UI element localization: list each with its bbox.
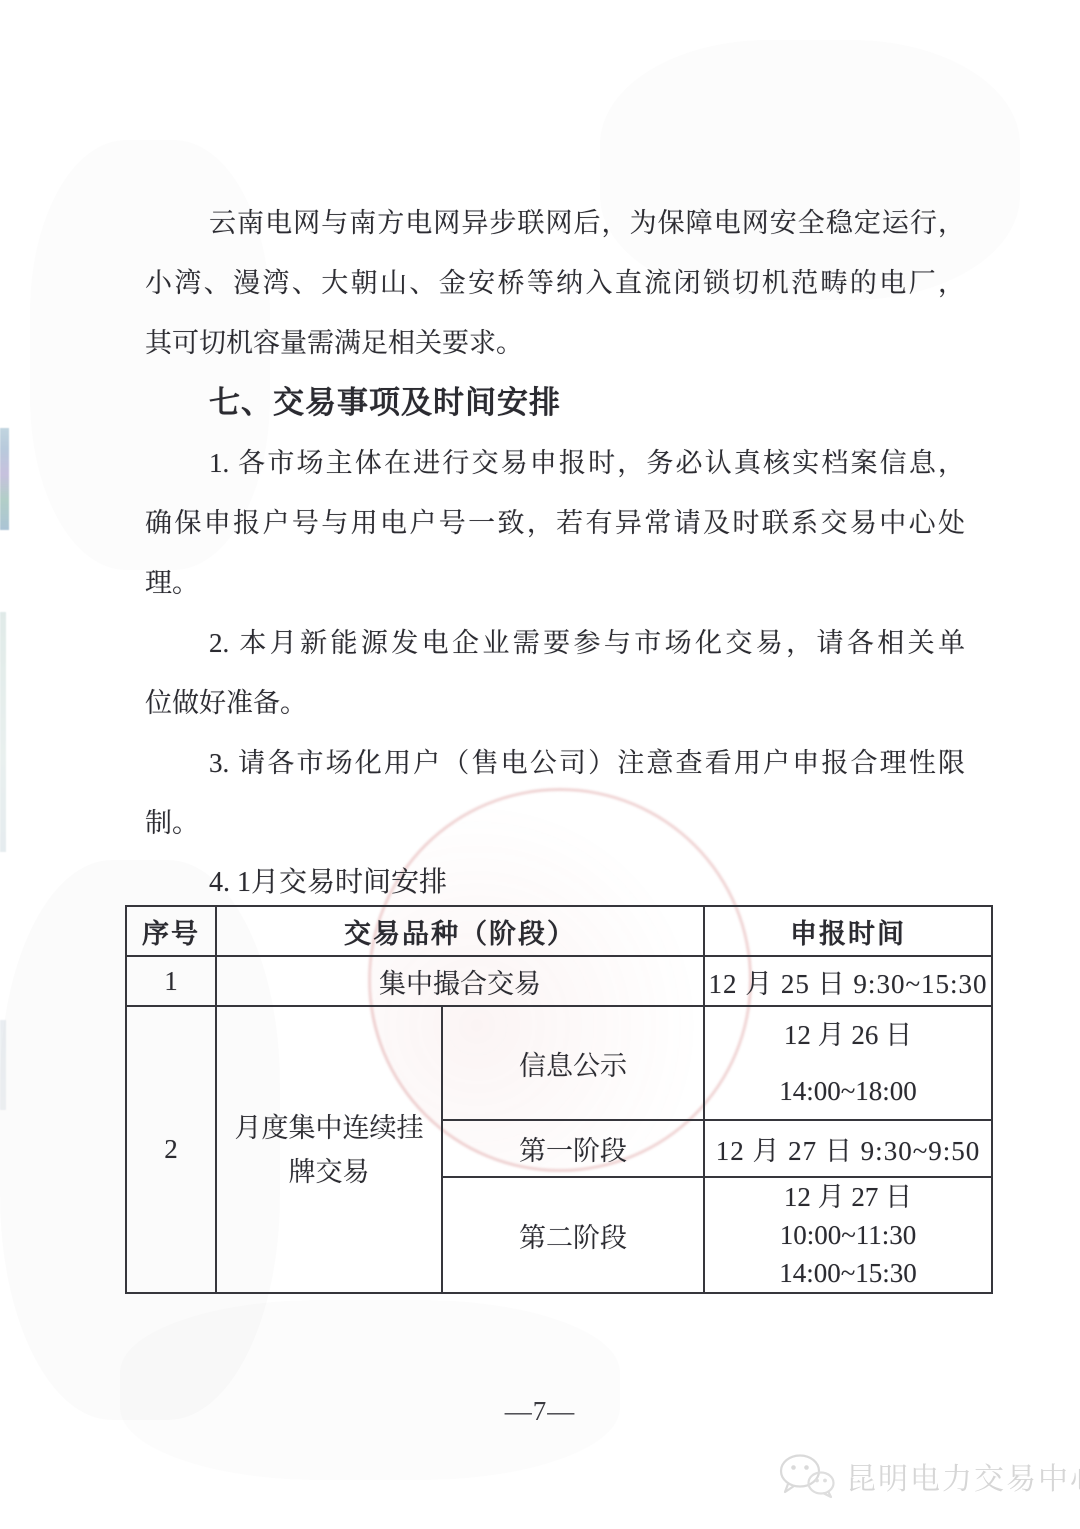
list-item-line: 制。: [145, 793, 965, 853]
list-item-line: 2. 本月新能源发电企业需要参与市场化交易，请各相关单: [145, 613, 965, 673]
table-header-row: 序号 交易品种（阶段） 申报时间: [126, 906, 992, 956]
cell-variety: 月度集中连续挂牌交易: [216, 1006, 442, 1293]
cell-time: 12 月 25 日 9:30~15:30: [704, 956, 992, 1006]
section-heading: 七、交易事项及时间安排: [145, 373, 965, 433]
scan-noise-patch: [120, 1300, 620, 1480]
watermark-logo: 昆明电力交易中心: [778, 1452, 1080, 1500]
paragraph-line: 其可切机容量需满足相关要求。: [145, 313, 965, 373]
table-caption: 4. 1月交易时间安排: [145, 853, 965, 913]
wechat-icon: [778, 1452, 836, 1500]
list-item-line: 位做好准备。: [145, 673, 965, 733]
time-line: 12 月 27 日: [705, 1178, 991, 1216]
table-row: 1 集中撮合交易 12 月 25 日 9:30~15:30: [126, 956, 992, 1006]
header-cell-index: 序号: [126, 906, 216, 956]
time-line: 10:00~11:30: [705, 1216, 991, 1254]
page-number: —7—: [0, 1396, 1080, 1427]
list-item-line: 1. 各市场主体在进行交易申报时，务必认真核实档案信息，: [145, 433, 965, 493]
scanned-document-page: 云南电网与南方电网异步联网后，为保障电网安全稳定运行， 小湾、漫湾、大朝山、金安…: [0, 0, 1080, 1529]
header-cell-time: 申报时间: [704, 906, 992, 956]
list-item-line: 3. 请各市场化用户（售电公司）注意查看用户申报合理性限: [145, 733, 965, 793]
cell-stage: 第二阶段: [442, 1177, 704, 1293]
time-line: 12 月 26 日: [705, 1007, 991, 1063]
cell-stage: 信息公示: [442, 1006, 704, 1120]
list-item-line: 确保申报户号与用电户号一致，若有异常请及时联系交易中心处: [145, 493, 965, 553]
cell-time: 12 月 27 日 9:30~9:50: [704, 1120, 992, 1177]
scanner-edge-artifact: [0, 612, 6, 852]
trading-schedule-table: 序号 交易品种（阶段） 申报时间 1 集中撮合交易 12 月 25 日 9:30…: [125, 905, 993, 1294]
cell-stage: 第一阶段: [442, 1120, 704, 1177]
watermark-text: 昆明电力交易中心: [846, 1454, 1080, 1498]
scanner-edge-artifact: [0, 1020, 6, 1110]
time-line: 14:00~15:30: [705, 1254, 991, 1292]
document-body: 云南电网与南方电网异步联网后，为保障电网安全稳定运行， 小湾、漫湾、大朝山、金安…: [145, 193, 965, 913]
cell-time: 12 月 27 日 10:00~11:30 14:00~15:30: [704, 1177, 992, 1293]
cell-index: 2: [126, 1006, 216, 1293]
scanner-edge-artifact: [0, 428, 9, 530]
cell-variety: 集中撮合交易: [216, 956, 704, 1006]
time-line: 14:00~18:00: [705, 1063, 991, 1119]
table-row: 2 月度集中连续挂牌交易 信息公示 12 月 26 日 14:00~18:00: [126, 1006, 992, 1120]
paragraph-line: 小湾、漫湾、大朝山、金安桥等纳入直流闭锁切机范畴的电厂，: [145, 253, 965, 313]
paragraph-line: 云南电网与南方电网异步联网后，为保障电网安全稳定运行，: [145, 193, 965, 253]
list-item-line: 理。: [145, 553, 965, 613]
cell-index: 1: [126, 956, 216, 1006]
header-cell-variety: 交易品种（阶段）: [216, 906, 704, 956]
cell-time: 12 月 26 日 14:00~18:00: [704, 1006, 992, 1120]
